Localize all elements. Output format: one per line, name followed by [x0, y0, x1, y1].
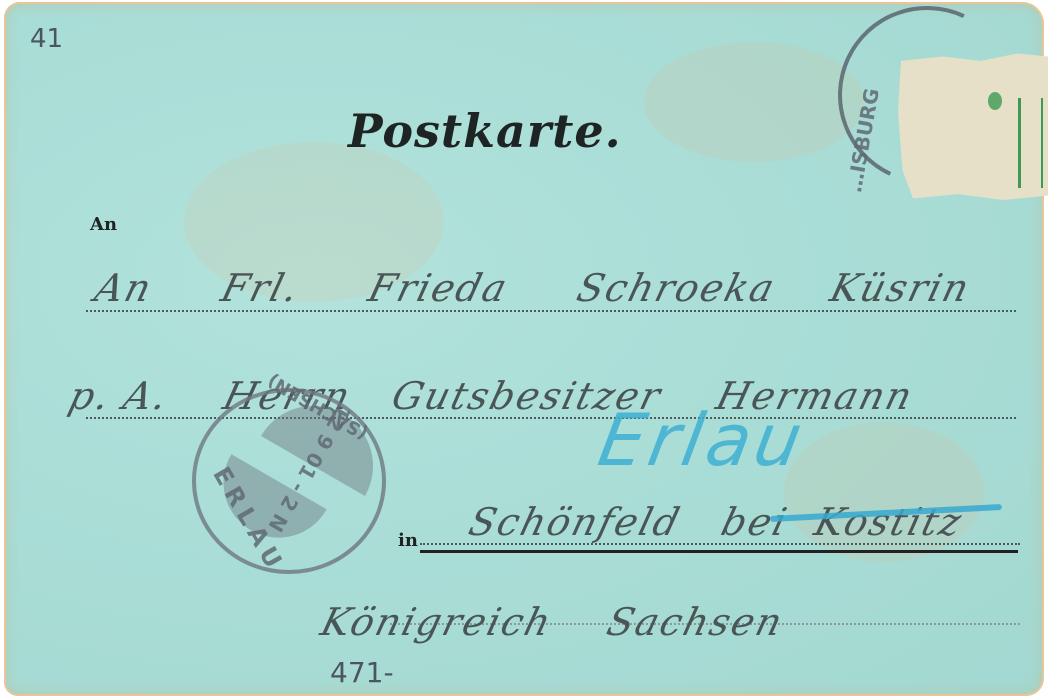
word: Küsrin [826, 266, 975, 310]
to-label: An [90, 214, 117, 235]
address-line-1 [86, 310, 1016, 312]
in-label: in [398, 530, 418, 551]
pencil-note-bottom: 471- [330, 656, 394, 689]
word: Frl. [217, 266, 305, 310]
word: bei [717, 500, 793, 544]
paper-stain [644, 42, 864, 162]
pencil-note-top: 41 [30, 24, 63, 54]
stamp-ink-spot [988, 92, 1002, 110]
word: Schroeka [573, 266, 781, 310]
handwritten-line-4: Königreich Sachsen [317, 600, 789, 644]
word: Schönfeld [465, 500, 686, 544]
handwritten-line-3: Schönfeld bei Kostitz [465, 500, 968, 544]
handwritten-line-1: An Frl. Frieda Schroeka Küsrin [91, 266, 976, 310]
address-line-3-underline [420, 550, 1018, 553]
blue-correction-erlau: Erlau [593, 398, 813, 482]
word: p. A. [65, 374, 174, 418]
word: Sachsen [603, 600, 789, 644]
word: Frieda [364, 266, 513, 310]
stamp-frame-fragment [1018, 98, 1043, 188]
word: Königreich [317, 600, 558, 644]
word: An [91, 266, 158, 310]
postcard-title: Postkarte. [348, 104, 622, 158]
